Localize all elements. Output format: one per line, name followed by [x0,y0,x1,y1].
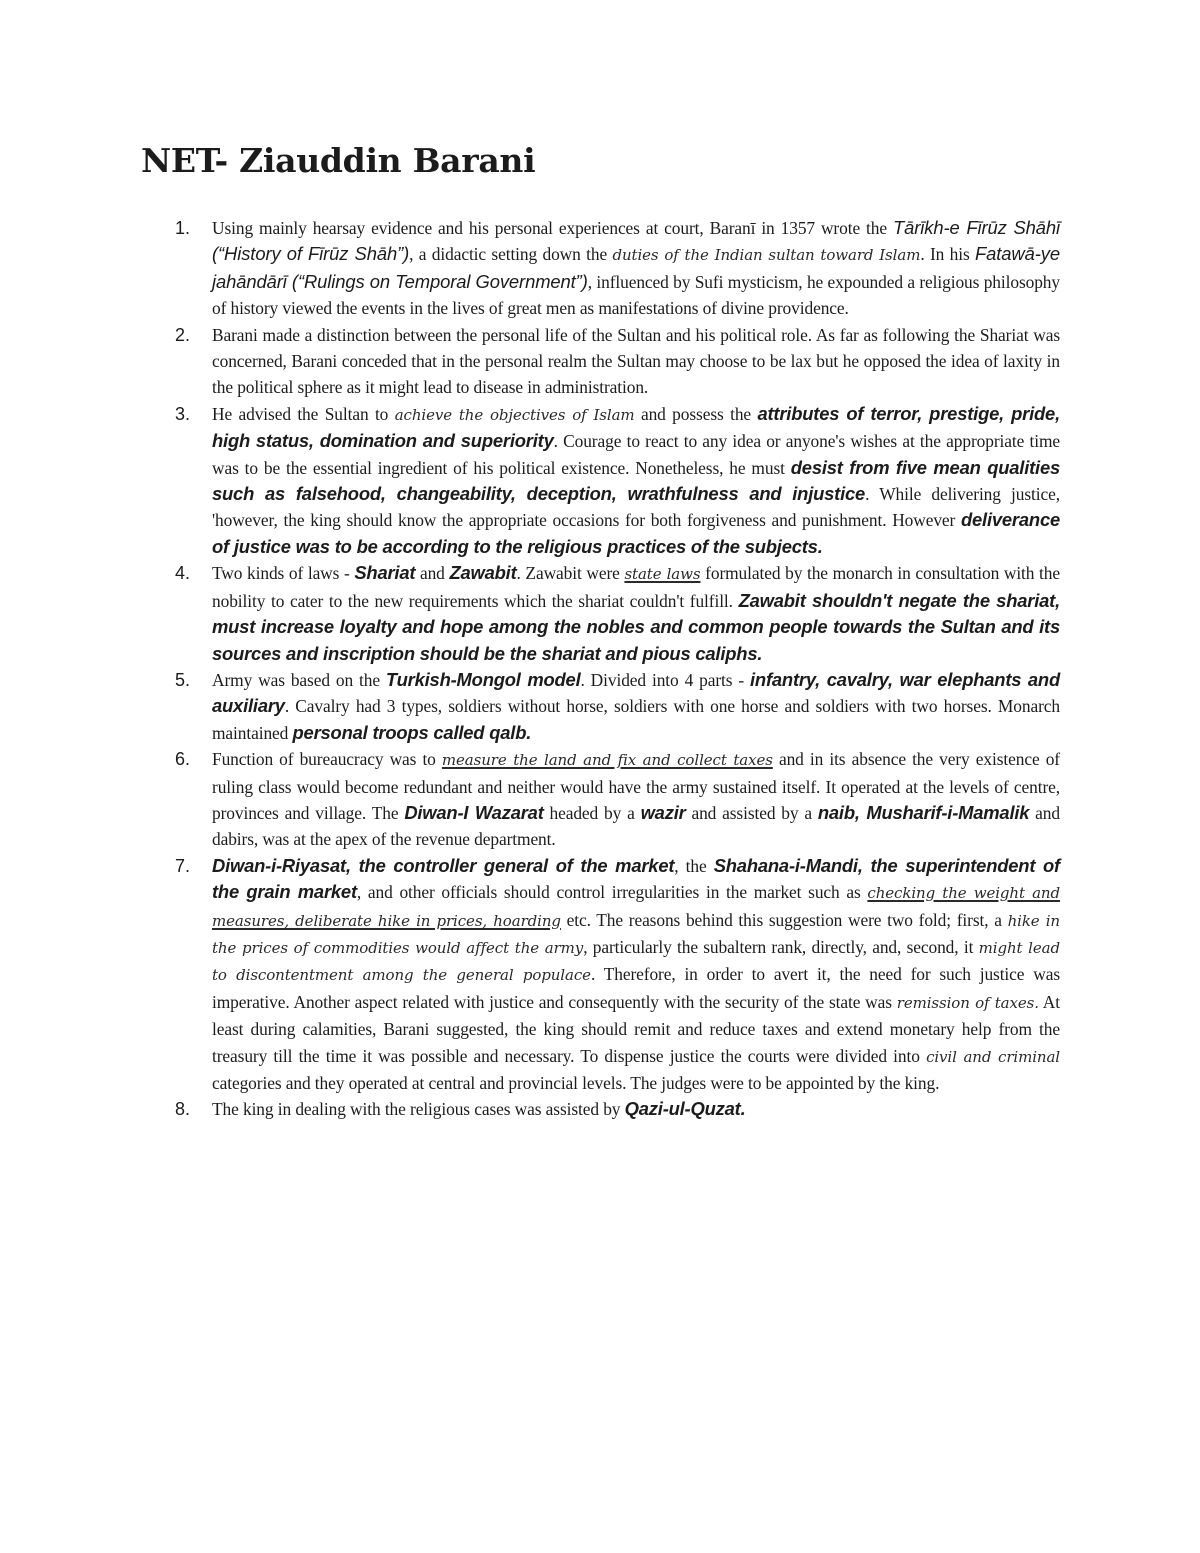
body-text: and assisted by a [686,803,818,823]
emphasized-text: Turkish-Mongol model [386,669,581,690]
emphasized-text: personal troops called qalb. [293,722,532,743]
emphasized-text: Zawabit [449,562,516,583]
list-item-text: Using mainly hearsay evidence and his pe… [212,215,1060,322]
body-text: He advised the Sultan to [212,404,395,424]
body-text: , the [674,856,713,876]
list-item-text: Army was based on the Turkish-Mongol mod… [212,667,1060,746]
emphasized-text: Shariat [354,562,415,583]
document-page: NET- Ziauddin Barani 1. Using mainly hea… [0,0,1200,1553]
body-text: categories and they operated at central … [212,1073,939,1093]
list-item-text: Function of bureaucracy was to measure t… [212,746,1060,853]
list-item: 1. Using mainly hearsay evidence and his… [175,215,1060,322]
body-text: etc. The reasons behind this suggestion … [561,910,1008,930]
italic-text: remission of taxes. [897,994,1039,1012]
body-text: . Zawabit were [517,563,625,583]
list-number: 7. [175,853,190,879]
list-item-text: He advised the Sultan to achieve the obj… [212,401,1060,560]
body-text: and possess the [635,404,758,424]
list-number: 1. [175,215,190,241]
italic-text: achieve the objectives of Islam [395,406,635,424]
list-item: 7. Diwan-i-Riyasat, the controller gener… [175,853,1060,1097]
list-item: 5. Army was based on the Turkish-Mongol … [175,667,1060,746]
list-item-text: Two kinds of laws - Shariat and Zawabit.… [212,560,1060,667]
numbered-list: 1. Using mainly hearsay evidence and his… [175,215,1060,1123]
list-item-text: Diwan-i-Riyasat, the controller general … [212,853,1060,1097]
body-text: , particularly the subaltern rank, direc… [583,937,978,957]
list-item-text: The king in dealing with the religious c… [212,1096,1060,1122]
body-text: . Divided into 4 parts - [580,670,750,690]
list-item: 8. The king in dealing with the religiou… [175,1096,1060,1122]
list-number: 6. [175,746,190,772]
list-item: 4. Two kinds of laws - Shariat and Zawab… [175,560,1060,667]
underlined-italic-text: measure the land and fix and collect tax… [442,751,773,769]
list-number: 8. [175,1096,190,1122]
emphasized-text: Qazi-ul-Quzat. [625,1098,746,1119]
body-text: Two kinds of laws - [212,563,354,583]
list-number: 2. [175,322,190,348]
list-number: 4. [175,560,190,586]
body-text: Function of bureaucracy was to [212,749,442,769]
emphasized-text: naib, Musharif-i-Mamalik [818,802,1029,823]
body-text: Barani made a distinction between the pe… [212,325,1060,398]
list-item: 6. Function of bureaucracy was to measur… [175,746,1060,853]
list-number: 5. [175,667,190,693]
list-item-text: Barani made a distinction between the pe… [212,322,1060,401]
body-text: The king in dealing with the religious c… [212,1099,625,1119]
body-text: headed by a [544,803,641,823]
list-number: 3. [175,401,190,427]
list-item: 2. Barani made a distinction between the… [175,322,1060,401]
emphasized-text: Diwan-I Wazarat [404,802,543,823]
emphasized-text: Diwan-i-Riyasat, the controller general … [212,855,674,876]
italic-text: civil and criminal [926,1048,1060,1066]
body-text: , and other officials should control irr… [357,882,868,902]
body-text: , a didactic setting down the [409,244,612,264]
emphasized-text: wazir [641,802,686,823]
underlined-italic-text: state laws [624,565,700,583]
list-item: 3. He advised the Sultan to achieve the … [175,401,1060,560]
body-text: . In his [920,244,975,264]
page-title: NET- Ziauddin Barani [141,141,535,180]
italic-text: duties of the Indian sultan toward Islam [612,246,920,264]
body-text: Using mainly hearsay evidence and his pe… [212,218,893,238]
body-text: Army was based on the [212,670,386,690]
body-text: and [415,563,449,583]
